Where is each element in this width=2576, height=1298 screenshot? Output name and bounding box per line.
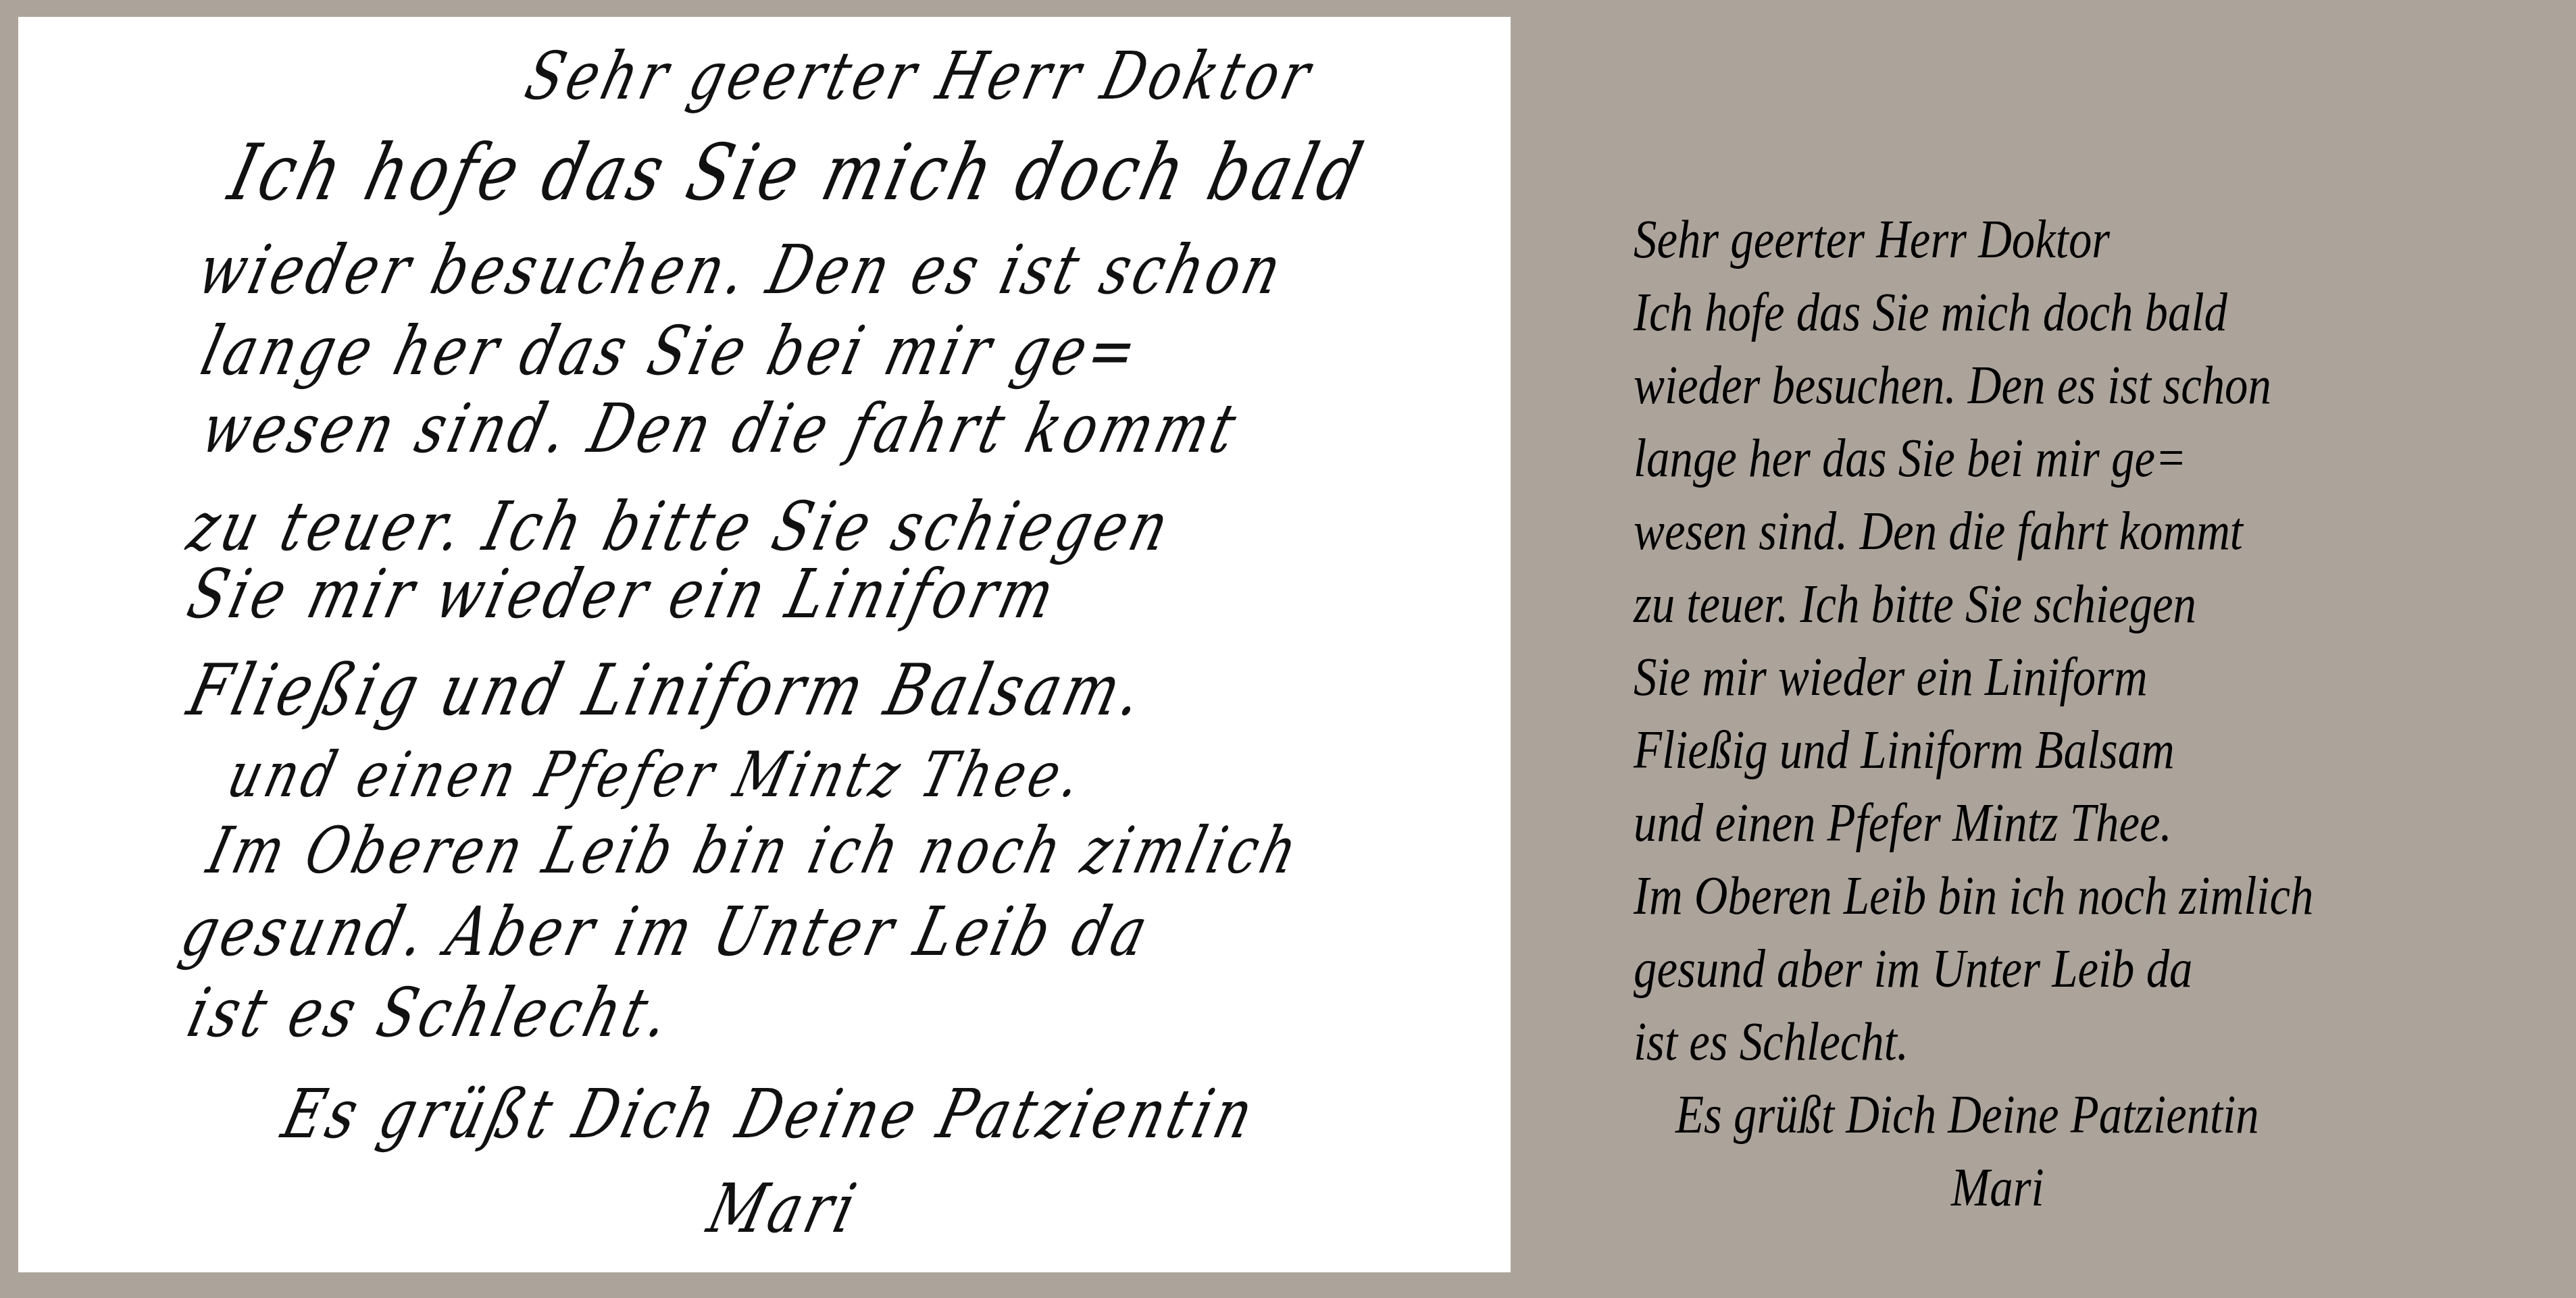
transcription-line: ist es Schlecht. bbox=[1634, 1015, 1909, 1069]
hw-line: Fließig und Liniform Balsam. bbox=[180, 649, 1155, 732]
hw-closing: Es grüßt Dich Deine Patzientin bbox=[275, 1075, 1265, 1153]
transcription-line: Im Oberen Leib bin ich noch zimlich bbox=[1634, 869, 2313, 923]
transcription-signature: Mari bbox=[1951, 1161, 2044, 1215]
transcription-line: lange her das Sie bei mir ge= bbox=[1634, 432, 2186, 486]
hw-line: Ich hofe das Sie mich doch bald bbox=[221, 127, 1374, 217]
hw-line: gesund. Aber im Unter Leib da bbox=[174, 893, 1159, 971]
hw-line: und einen Pfefer Mintz Thee. bbox=[221, 739, 1092, 812]
transcription-closing: Es grüßt Dich Deine Patzientin bbox=[1675, 1088, 2259, 1142]
transcription-salutation: Sehr geerter Herr Doktor bbox=[1634, 213, 2110, 267]
hw-line: zu teuer. Ich bitte Sie schiegen bbox=[180, 488, 1180, 566]
hw-line: ist es Schlecht. bbox=[180, 974, 681, 1052]
transcription-line: Sie mir wieder ein Liniform bbox=[1634, 650, 2148, 704]
hw-line: lange her das Sie bei mir ge= bbox=[194, 312, 1148, 390]
hw-line: Im Oberen Leib bin ich noch zimlich bbox=[201, 812, 1309, 887]
hw-line: wieder besuchen. Den es ist schon bbox=[191, 231, 1292, 309]
transcription-line: Ich hofe das Sie mich doch bald bbox=[1634, 286, 2227, 340]
hw-signature: Mari bbox=[701, 1170, 867, 1248]
handwritten-letter-scan: Sehr geerter Herr Doktor Ich hofe das Si… bbox=[18, 17, 1511, 1272]
hw-line: wesen sind. Den die fahrt kommt bbox=[194, 390, 1248, 468]
hw-salutation: Sehr geerter Herr Doktor bbox=[518, 39, 1321, 115]
transcription-line: Fließig und Liniform Balsam bbox=[1634, 723, 2175, 777]
transcription-line: gesund aber im Unter Leib da bbox=[1634, 942, 2192, 996]
hw-line: Sie mir wieder ein Liniform bbox=[180, 555, 1065, 633]
transcription-line: wesen sind. Den die fahrt kommt bbox=[1634, 504, 2243, 559]
transcription-line: wieder besuchen. Den es ist schon bbox=[1634, 359, 2271, 413]
transcription-line: zu teuer. Ich bitte Sie schiegen bbox=[1634, 577, 2196, 631]
transcription-line: und einen Pfefer Mintz Thee. bbox=[1634, 796, 2172, 850]
